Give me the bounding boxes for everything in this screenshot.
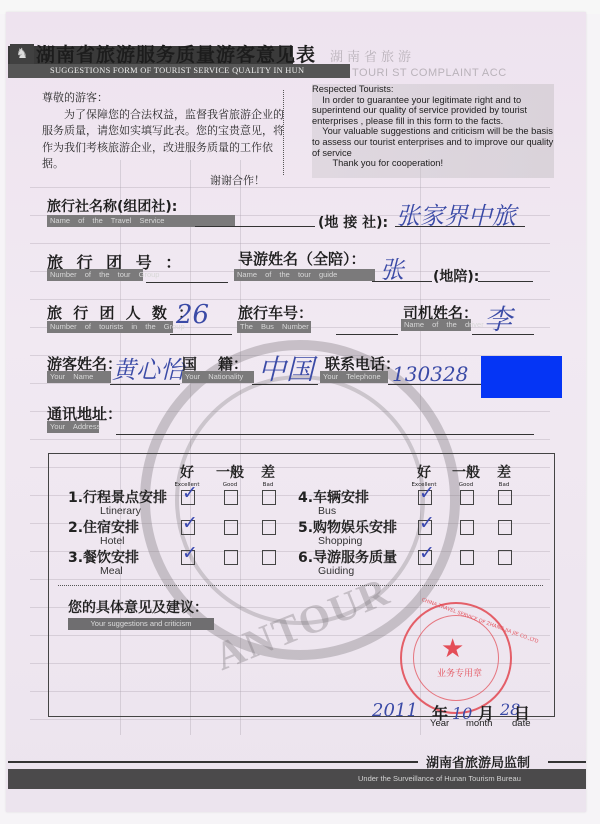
rating-scale-header: 差Bad [248, 462, 288, 488]
rating-checkbox-bad[interactable] [498, 520, 512, 535]
rating-checkbox-good[interactable] [224, 490, 238, 505]
address-label-en: Your Address [47, 421, 99, 433]
local-guide-label: (地陪): [433, 266, 479, 286]
rating-item-label-en: Shopping [318, 535, 362, 547]
address-field[interactable] [116, 434, 534, 435]
day-label-en: date [512, 718, 531, 729]
group-number-field[interactable] [146, 282, 228, 283]
intro-cn-body: 为了保障您的合法权益，监督我省旅游企业的服务质量，请您如实填写此表。您的宝贵意见… [42, 107, 287, 173]
rating-scale-header-en: Good [210, 482, 250, 488]
check-icon: ✓ [182, 484, 198, 503]
footer-rule [548, 761, 586, 763]
month-label-en: month [466, 718, 492, 729]
rating-checkbox-good[interactable] [460, 550, 474, 565]
tourist-name-label-en: Your Name [47, 371, 111, 383]
section-divider [58, 585, 543, 586]
rating-scale-header-en: Good [446, 482, 486, 488]
seal-text-cn: 业务专用章 [437, 666, 482, 679]
rating-item-label: 6.导游服务质量 [298, 547, 397, 567]
group-size-field[interactable] [170, 334, 232, 335]
intro-en-greeting: Respected Tourists: [312, 84, 554, 95]
local-agency-value: 张家界中旅 [396, 196, 516, 231]
group-size-label-en: Number of tourists in the Group [47, 321, 173, 333]
suggestions-field[interactable] [68, 636, 388, 696]
intro-english: Respected Tourists: In order to guarante… [312, 84, 554, 178]
intro-en-p1: In order to guarantee your legitimate ri… [312, 95, 554, 127]
horse-icon: ♞ [10, 44, 34, 64]
bleed-through-subtitle: TOURI ST COMPLAINT ACC [352, 67, 507, 79]
year-value: 2011 [372, 700, 418, 721]
bleed-through-title: 湖南省旅游 [330, 46, 415, 65]
guide-name-value: 张 [380, 250, 404, 285]
rating-item-label: 2.住宿安排 [68, 517, 139, 537]
rating-item-label-en: Bus [318, 505, 336, 517]
rating-item-label: 3.餐饮安排 [68, 547, 139, 567]
rating-item-label: 4.车辆安排 [298, 487, 369, 507]
intro-cn-greeting: 尊敬的游客： [42, 90, 287, 107]
check-icon: ✓ [182, 514, 198, 533]
rating-checkbox-good[interactable] [460, 520, 474, 535]
rating-item-label-en: Meal [100, 565, 123, 577]
star-icon: ★ [441, 634, 464, 664]
rating-checkbox-bad[interactable] [262, 490, 276, 505]
check-icon: ✓ [182, 544, 198, 563]
redaction-box [481, 356, 562, 398]
rating-item-label-en: Ltinerary [100, 505, 141, 517]
suggestions-label-en: Your suggestions and criticism [68, 618, 214, 630]
rating-scale-header: 一般Good [446, 462, 486, 488]
intro-en-p2: Your valuable suggestions and criticism … [312, 126, 554, 158]
local-agency-label: (地 接 社): [318, 212, 388, 232]
check-icon: ✓ [419, 484, 435, 503]
rating-item-label: 1.行程景点安排 [68, 487, 167, 507]
rating-checkbox-bad[interactable] [262, 550, 276, 565]
rating-scale-header-en: Bad [484, 482, 524, 488]
rating-scale-header: 一般Good [210, 462, 250, 488]
rating-checkbox-bad[interactable] [262, 520, 276, 535]
bus-number-label: 旅行车号： [238, 302, 313, 323]
telephone-label-en: Your Telephone [320, 371, 388, 383]
rating-item-label-en: Guiding [318, 565, 354, 577]
rating-item-label-en: Hotel [100, 535, 125, 547]
group-size-value: 26 [176, 300, 209, 330]
intro-chinese: 尊敬的游客： 为了保障您的合法权益，监督我省旅游企业的服务质量，请您如实填写此表… [42, 90, 287, 189]
form-title: 湖南省旅游服务质量游客意见表 [36, 40, 316, 67]
guide-name-label-en: Name of the tour guide [234, 269, 375, 281]
tourist-name-value: 黄心怡 [112, 350, 184, 385]
telephone-value: 130328 [392, 362, 468, 386]
bus-number-field[interactable] [336, 334, 398, 335]
driver-name-value: 李 [484, 298, 512, 338]
driver-name-label-en: Name of the driver [401, 319, 471, 331]
intro-cn-thanks: 谢谢合作！ [42, 173, 287, 190]
issuer-label-en: Under the Surveillance of Hunan Tourism … [358, 774, 521, 783]
guide-name-label: 导游姓名（全陪）： [238, 248, 366, 269]
group-number-label-en: Number of the tour Group [47, 269, 143, 281]
footer-rule [8, 761, 418, 763]
agency-name-label: 旅行社名称(组团社): [47, 196, 177, 216]
check-icon: ✓ [419, 514, 435, 533]
rating-checkbox-bad[interactable] [498, 490, 512, 505]
form-subtitle: SUGGESTIONS FORM OF TOURIST SERVICE QUAL… [8, 64, 350, 78]
nationality-label-en: Your Nationality [182, 371, 254, 383]
suggestions-label: 您的具体意见及建议： [68, 597, 208, 617]
rating-checkbox-good[interactable] [224, 550, 238, 565]
group-size-label: 旅 行 团 人 数 ： [47, 302, 196, 323]
bus-number-label-en: The Bus Number [237, 321, 311, 333]
rating-item-label: 5.购物娱乐安排 [298, 517, 397, 537]
intro-en-p3: Thank you for cooperation! [312, 158, 554, 169]
rating-checkbox-bad[interactable] [498, 550, 512, 565]
nationality-value: 中国 [258, 348, 314, 388]
check-icon: ✓ [419, 544, 435, 563]
rating-checkbox-good[interactable] [460, 490, 474, 505]
rating-checkbox-good[interactable] [224, 520, 238, 535]
rating-scale-header: 差Bad [484, 462, 524, 488]
agency-name-field[interactable] [195, 226, 315, 227]
intro-divider [283, 90, 284, 175]
rating-scale-header-en: Bad [248, 482, 288, 488]
year-label-en: Year [430, 718, 449, 729]
local-guide-field[interactable] [478, 281, 533, 282]
